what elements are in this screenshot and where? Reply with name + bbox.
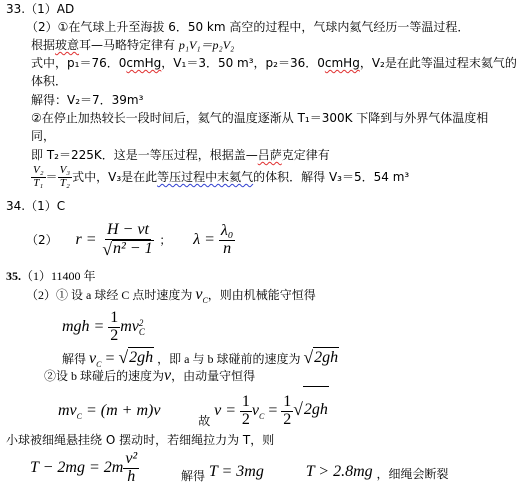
fraction-half: 12 [240,394,252,429]
spellcheck-underlined-word: 吕萨 [258,148,282,162]
numerator: λ₀ [219,223,236,241]
denominator: √n² − 1 [100,240,155,260]
q33-part1-answer: （1）AD [25,2,74,16]
denominator: T₁ [31,178,45,190]
fraction-suffix: 式中，V₃是在此 [72,170,157,184]
sqrt-icon: √ [293,386,303,433]
q33-values-cont: 体积． [31,73,67,89]
v-lhs: v = [214,402,236,419]
equals: = [101,350,118,367]
momentum-suffix: ，由动量守恒得 [171,369,255,383]
q33-values-line: 式中，p₁＝76．0cmHg，V₁＝3．50 m³，p₂＝36．0cmHg，V₂… [31,55,516,71]
equals-sign: ＝ [46,170,58,184]
subscript: C [139,328,145,337]
q34-part1-answer: （1）C [25,199,65,213]
p2-value: p₂＝36．0 [266,56,325,70]
unit-cmhg: cmHg [126,56,161,70]
momentum-lhs: mvC = (m + m)v [58,402,160,419]
numerator: 1 [281,394,293,412]
q33-line-1: 33.（1）AD [6,1,74,17]
conclusion-text: ，细绳会断裂 [376,467,448,481]
fraction-r: H − vt √n² − 1 [100,222,155,260]
q33-fraction-line: V₂T₁＝V₃T₂式中，V₃是在此等压过程中末氦气的体积．解得 V₃＝5．54 … [31,164,409,190]
separator: ； [159,233,171,247]
tension-lhs: T − 2mg = 2m [30,459,123,476]
q35-tension-line: T − 2mg = 2mv²h 解得 T = 3mg T > 2.8mg ，细绳… [30,448,449,488]
q33-part2-line-1: ②在停止加热较长一段时间后，氦气的温度逐渐从 T₁＝300K 下降到与外界气体温… [31,110,488,126]
q33-law-line: 根据玻意耳—马略特定律有 p₁V₁＝p₂V₂ [31,37,234,53]
numerator: 1 [108,310,120,328]
solve-prefix: 解得 [181,469,205,483]
vc-eq: vC = √2gh [89,350,154,367]
q33-result-1: 解得：V₂＝7．39m³ [31,92,143,108]
q35-part1-answer: （1）11400 年 [21,269,96,283]
numerator: v² [123,451,139,469]
q35-number: 35. [6,269,21,283]
part-label: （2） [26,233,58,247]
unit-cmhg: cmHg [325,56,360,70]
sqrt-expression: √2gh [293,386,329,433]
vc-symbol: vC [195,286,207,303]
therefore-text: 故 [198,414,210,428]
denominator: 2 [240,412,252,429]
fraction-lambda: λ₀ n [219,223,236,258]
denominator: T₂ [58,178,72,190]
intro-suffix: ，则由机械能守恒得 [208,288,316,302]
denominator: n [221,241,233,258]
q33-part2-line-3: 即 T₂＝225K．这是一等压过程，根据盖—吕萨克定律有 [31,147,330,163]
grammar-underlined-phrase: 等压过程中末氦气 [157,170,253,184]
sqrt-icon: √ [102,240,112,258]
sqrt-expression: √2gh [303,347,339,368]
v2-description: ，V₂是在此等温过程末氦气的 [360,56,516,70]
q33-part2-intro: （2）①在气球上升至海拔 6．50 km 高空的过程中，气球内氦气经历一等温过程… [26,19,469,35]
q35-energy-equation: mgh = 12mv2C [62,305,145,349]
v1-value: ，V₁＝3．50 m³， [161,56,265,70]
line3-suffix: 克定律有 [282,148,330,162]
tension-comparison: T > 2.8mg [306,463,373,480]
solve-prefix: 解得 [62,352,86,366]
q33-number: 33. [6,2,25,16]
v-letter: v [252,402,259,419]
fraction-v2-h: v²h [123,451,139,486]
q34-line-1: 34.（1）C [6,198,65,214]
denominator: 2 [108,328,120,345]
q34-part2: （2） r = H − vt √n² − 1 ； λ = λ₀ n [26,218,235,262]
equals: = [264,402,277,419]
spellcheck-underlined-word: 玻意 [55,38,79,52]
radicand: n² − 1 [112,240,154,258]
line3-prefix: 即 T₂＝225K．这是一等压过程，根据盖— [31,148,258,162]
denominator: 2 [281,412,293,429]
radicand: 2gh [303,386,329,433]
eq-lhs: mgh = [62,318,104,335]
lambda-lhs: λ = [193,231,215,248]
sqrt-icon: √ [119,347,129,368]
radicand: 2gh [128,347,154,368]
p1-value: p₁＝76．0 [67,56,126,70]
r-lhs: r = [75,231,96,248]
mv: mv [58,402,77,419]
intro-text: （2）① 设 a 球经 C 点时速度为 [26,288,192,302]
law-suffix: 耳—马略特定律有 [79,38,175,52]
tension-result: T = 3mg [209,463,264,480]
eq-rhs: mv [120,318,139,335]
vc-term: vC = [252,402,277,419]
fraction-v3-t2: V₃T₂ [58,165,73,189]
sup-sub: 2C [139,319,145,337]
q34-number: 34. [6,199,25,213]
numerator: 1 [240,394,252,412]
q35-line-1: 35.（1）11400 年 [6,268,96,284]
q35-rope-line: 小球被细绳悬挂绕 O 摆动时，若细绳拉力为 T，则 [6,432,274,448]
momentum-prefix: ②设 b 球碰后的速度为 [44,369,164,383]
law-prefix: 根据 [31,38,55,52]
fraction-half: 12 [108,310,120,345]
result-v3: 的体积．解得 V₃＝5．54 m³ [253,170,409,184]
boyle-equation: p₁V₁＝p₂V₂ [179,38,234,52]
values-prefix: 式中， [31,56,67,70]
momentum-rhs: = (m + m)v [82,402,160,419]
numerator: H − vt [105,222,151,240]
solve-suffix: ，即 a 与 b 球碰前的速度为 [157,352,300,366]
q33-part2-line-2: 同， [31,128,55,144]
q35-momentum-intro: ②设 b 球碰后的速度为v，由动量守恒得 [44,368,255,384]
fraction-v2-t1: V₂T₁ [31,165,46,189]
radicand: 2gh [313,347,339,368]
fraction-half: 12 [281,394,293,429]
sqrt-icon: √ [303,347,313,368]
denominator: h [125,469,137,486]
